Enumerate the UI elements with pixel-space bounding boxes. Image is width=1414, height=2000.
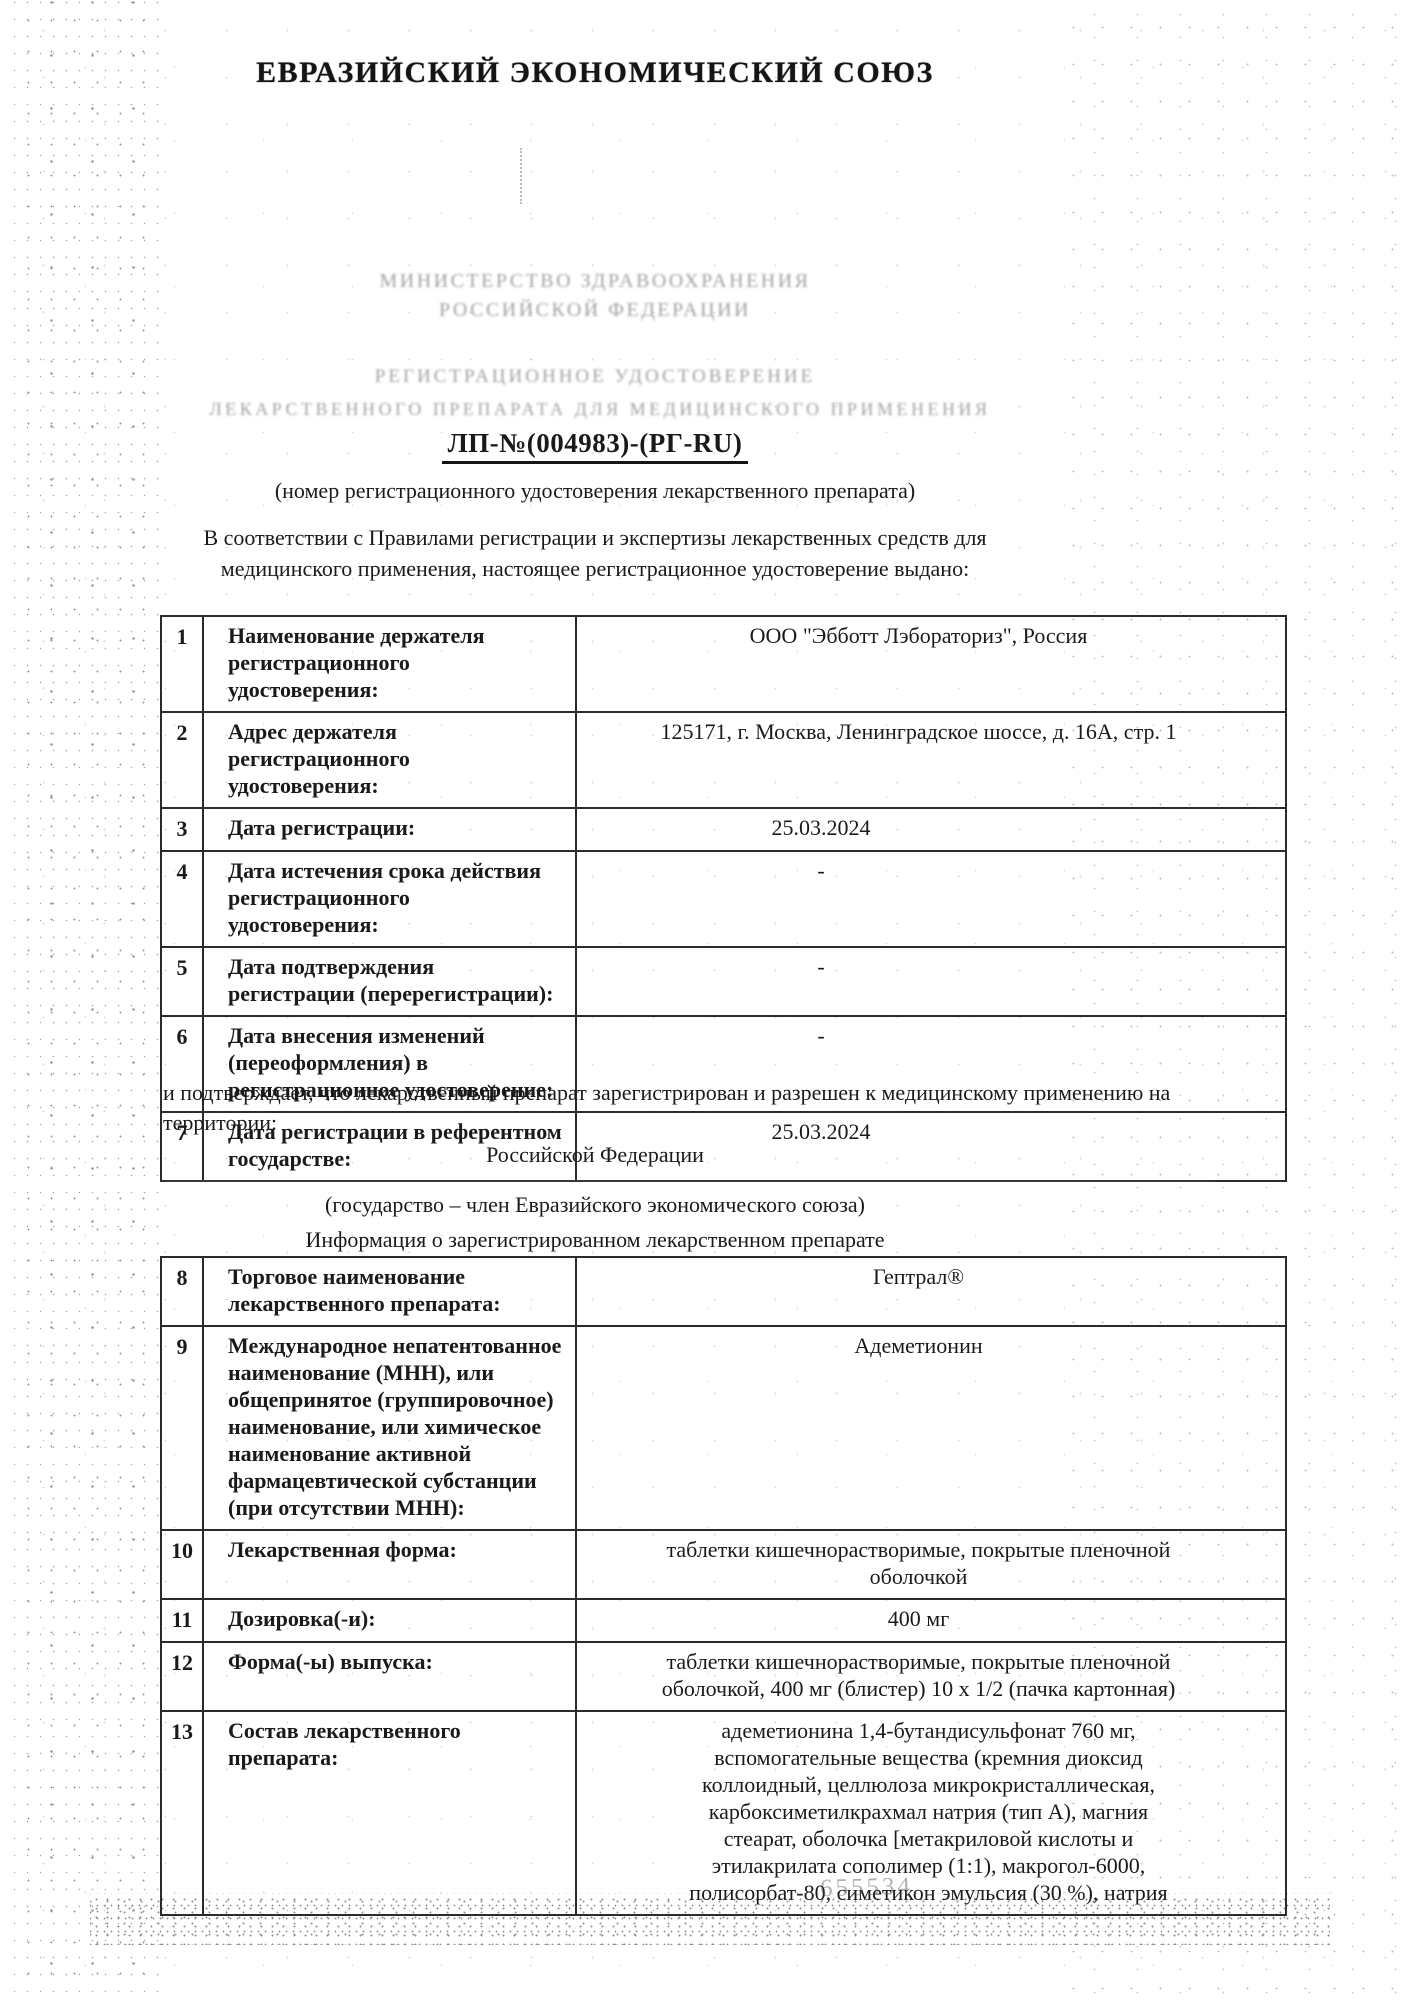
- faded-header-line-1: МИНИСТЕРСТВО ЗДРАВООХРАНЕНИЯ: [160, 270, 1030, 293]
- faint-stamp-number: 655534: [820, 1873, 914, 1903]
- divider-line: [165, 1180, 1215, 1182]
- row-value: ООО "Эбботт Лэбораториз", Россия: [576, 616, 1286, 712]
- row-label: Форма(-ы) выпуска:: [203, 1642, 576, 1711]
- table-row: 11 Дозировка(-и): 400 мг: [161, 1599, 1286, 1642]
- row-value: Гептрал®: [576, 1257, 1286, 1326]
- scan-artifact-line: [520, 148, 522, 204]
- table-row: 13 Состав лекарственного препарата: адем…: [161, 1711, 1286, 1915]
- table-row: 2 Адрес держателя регистрационного удост…: [161, 712, 1286, 808]
- row-number: 8: [161, 1257, 203, 1326]
- row-number: 13: [161, 1711, 203, 1915]
- row-value: -: [576, 947, 1286, 1016]
- row-value: адеметионина 1,4-бутандисульфонат 760 мг…: [576, 1711, 1286, 1915]
- table-row: 5 Дата подтверждения регистрации (перере…: [161, 947, 1286, 1016]
- row-value: 25.03.2024: [576, 808, 1286, 851]
- row-number: 1: [161, 616, 203, 712]
- table-row: 9 Международное непатентованное наименов…: [161, 1326, 1286, 1530]
- row-label: Дата подтверждения регистрации (перереги…: [203, 947, 576, 1016]
- registration-number-caption: (номер регистрационного удостоверения ле…: [160, 478, 1030, 504]
- row-number: 5: [161, 947, 203, 1016]
- row-value: -: [576, 851, 1286, 947]
- row-value: таблетки кишечнорастворимые, покрытые пл…: [576, 1642, 1286, 1711]
- scan-noise-left-band: [14, 0, 164, 2000]
- row-value: 125171, г. Москва, Ленинградское шоссе, …: [576, 712, 1286, 808]
- row-label: Международное непатентованное наименован…: [203, 1326, 576, 1530]
- faded-header-line-4: ЛЕКАРСТВЕННОГО ПРЕПАРАТА ДЛЯ МЕДИЦИНСКОГ…: [60, 399, 1140, 420]
- product-info-table: 8 Торговое наименование лекарственного п…: [160, 1256, 1287, 1916]
- row-label: Наименование держателя регистрационного …: [203, 616, 576, 712]
- row-number: 11: [161, 1599, 203, 1642]
- faded-header-line-3: РЕГИСТРАЦИОННОЕ УДОСТОВЕРЕНИЕ: [160, 366, 1030, 388]
- document-page: ЕВРАЗИЙСКИЙ ЭКОНОМИЧЕСКИЙ СОЮЗ МИНИСТЕРС…: [0, 0, 1414, 2000]
- row-number: 4: [161, 851, 203, 947]
- row-value: Адеметионин: [576, 1326, 1286, 1530]
- row-label: Дата регистрации:: [203, 808, 576, 851]
- row-number: 3: [161, 808, 203, 851]
- faded-header-line-2: РОССИЙСКОЙ ФЕДЕРАЦИИ: [160, 299, 1030, 322]
- row-label: Дата истечения срока действия регистраци…: [203, 851, 576, 947]
- row-number: 9: [161, 1326, 203, 1530]
- row-number: 12: [161, 1642, 203, 1711]
- document-title: ЕВРАЗИЙСКИЙ ЭКОНОМИЧЕСКИЙ СОЮЗ: [160, 56, 1030, 90]
- row-label: Торговое наименование лекарственного пре…: [203, 1257, 576, 1326]
- confirmation-paragraph: и подтверждает, что лекарственный препар…: [163, 1078, 1183, 1138]
- row-label: Лекарственная форма:: [203, 1530, 576, 1599]
- info-section-heading: Информация о зарегистрированном лекарств…: [160, 1227, 1030, 1253]
- row-value: таблетки кишечнорастворимые, покрытые пл…: [576, 1530, 1286, 1599]
- row-label: Адрес держателя регистрационного удостов…: [203, 712, 576, 808]
- row-label: Дозировка(-и):: [203, 1599, 576, 1642]
- registration-number: ЛП-№(004983)-(РГ-RU): [442, 428, 749, 464]
- row-label: Состав лекарственного препарата:: [203, 1711, 576, 1915]
- row-value: 400 мг: [576, 1599, 1286, 1642]
- territory-name: Российской Федерации: [160, 1142, 1030, 1168]
- row-number: 2: [161, 712, 203, 808]
- intro-paragraph: В соответствии с Правилами регистрации и…: [145, 522, 1045, 584]
- table-row: 3 Дата регистрации: 25.03.2024: [161, 808, 1286, 851]
- table-row: 4 Дата истечения срока действия регистра…: [161, 851, 1286, 947]
- table-row: 8 Торговое наименование лекарственного п…: [161, 1257, 1286, 1326]
- registration-number-row: ЛП-№(004983)-(РГ-RU): [160, 428, 1030, 464]
- row-number: 10: [161, 1530, 203, 1599]
- table-row: 12 Форма(-ы) выпуска: таблетки кишечнора…: [161, 1642, 1286, 1711]
- table-row: 10 Лекарственная форма: таблетки кишечно…: [161, 1530, 1286, 1599]
- territory-caption: (государство – член Евразийского экономи…: [160, 1192, 1030, 1218]
- table-row: 1 Наименование держателя регистрационног…: [161, 616, 1286, 712]
